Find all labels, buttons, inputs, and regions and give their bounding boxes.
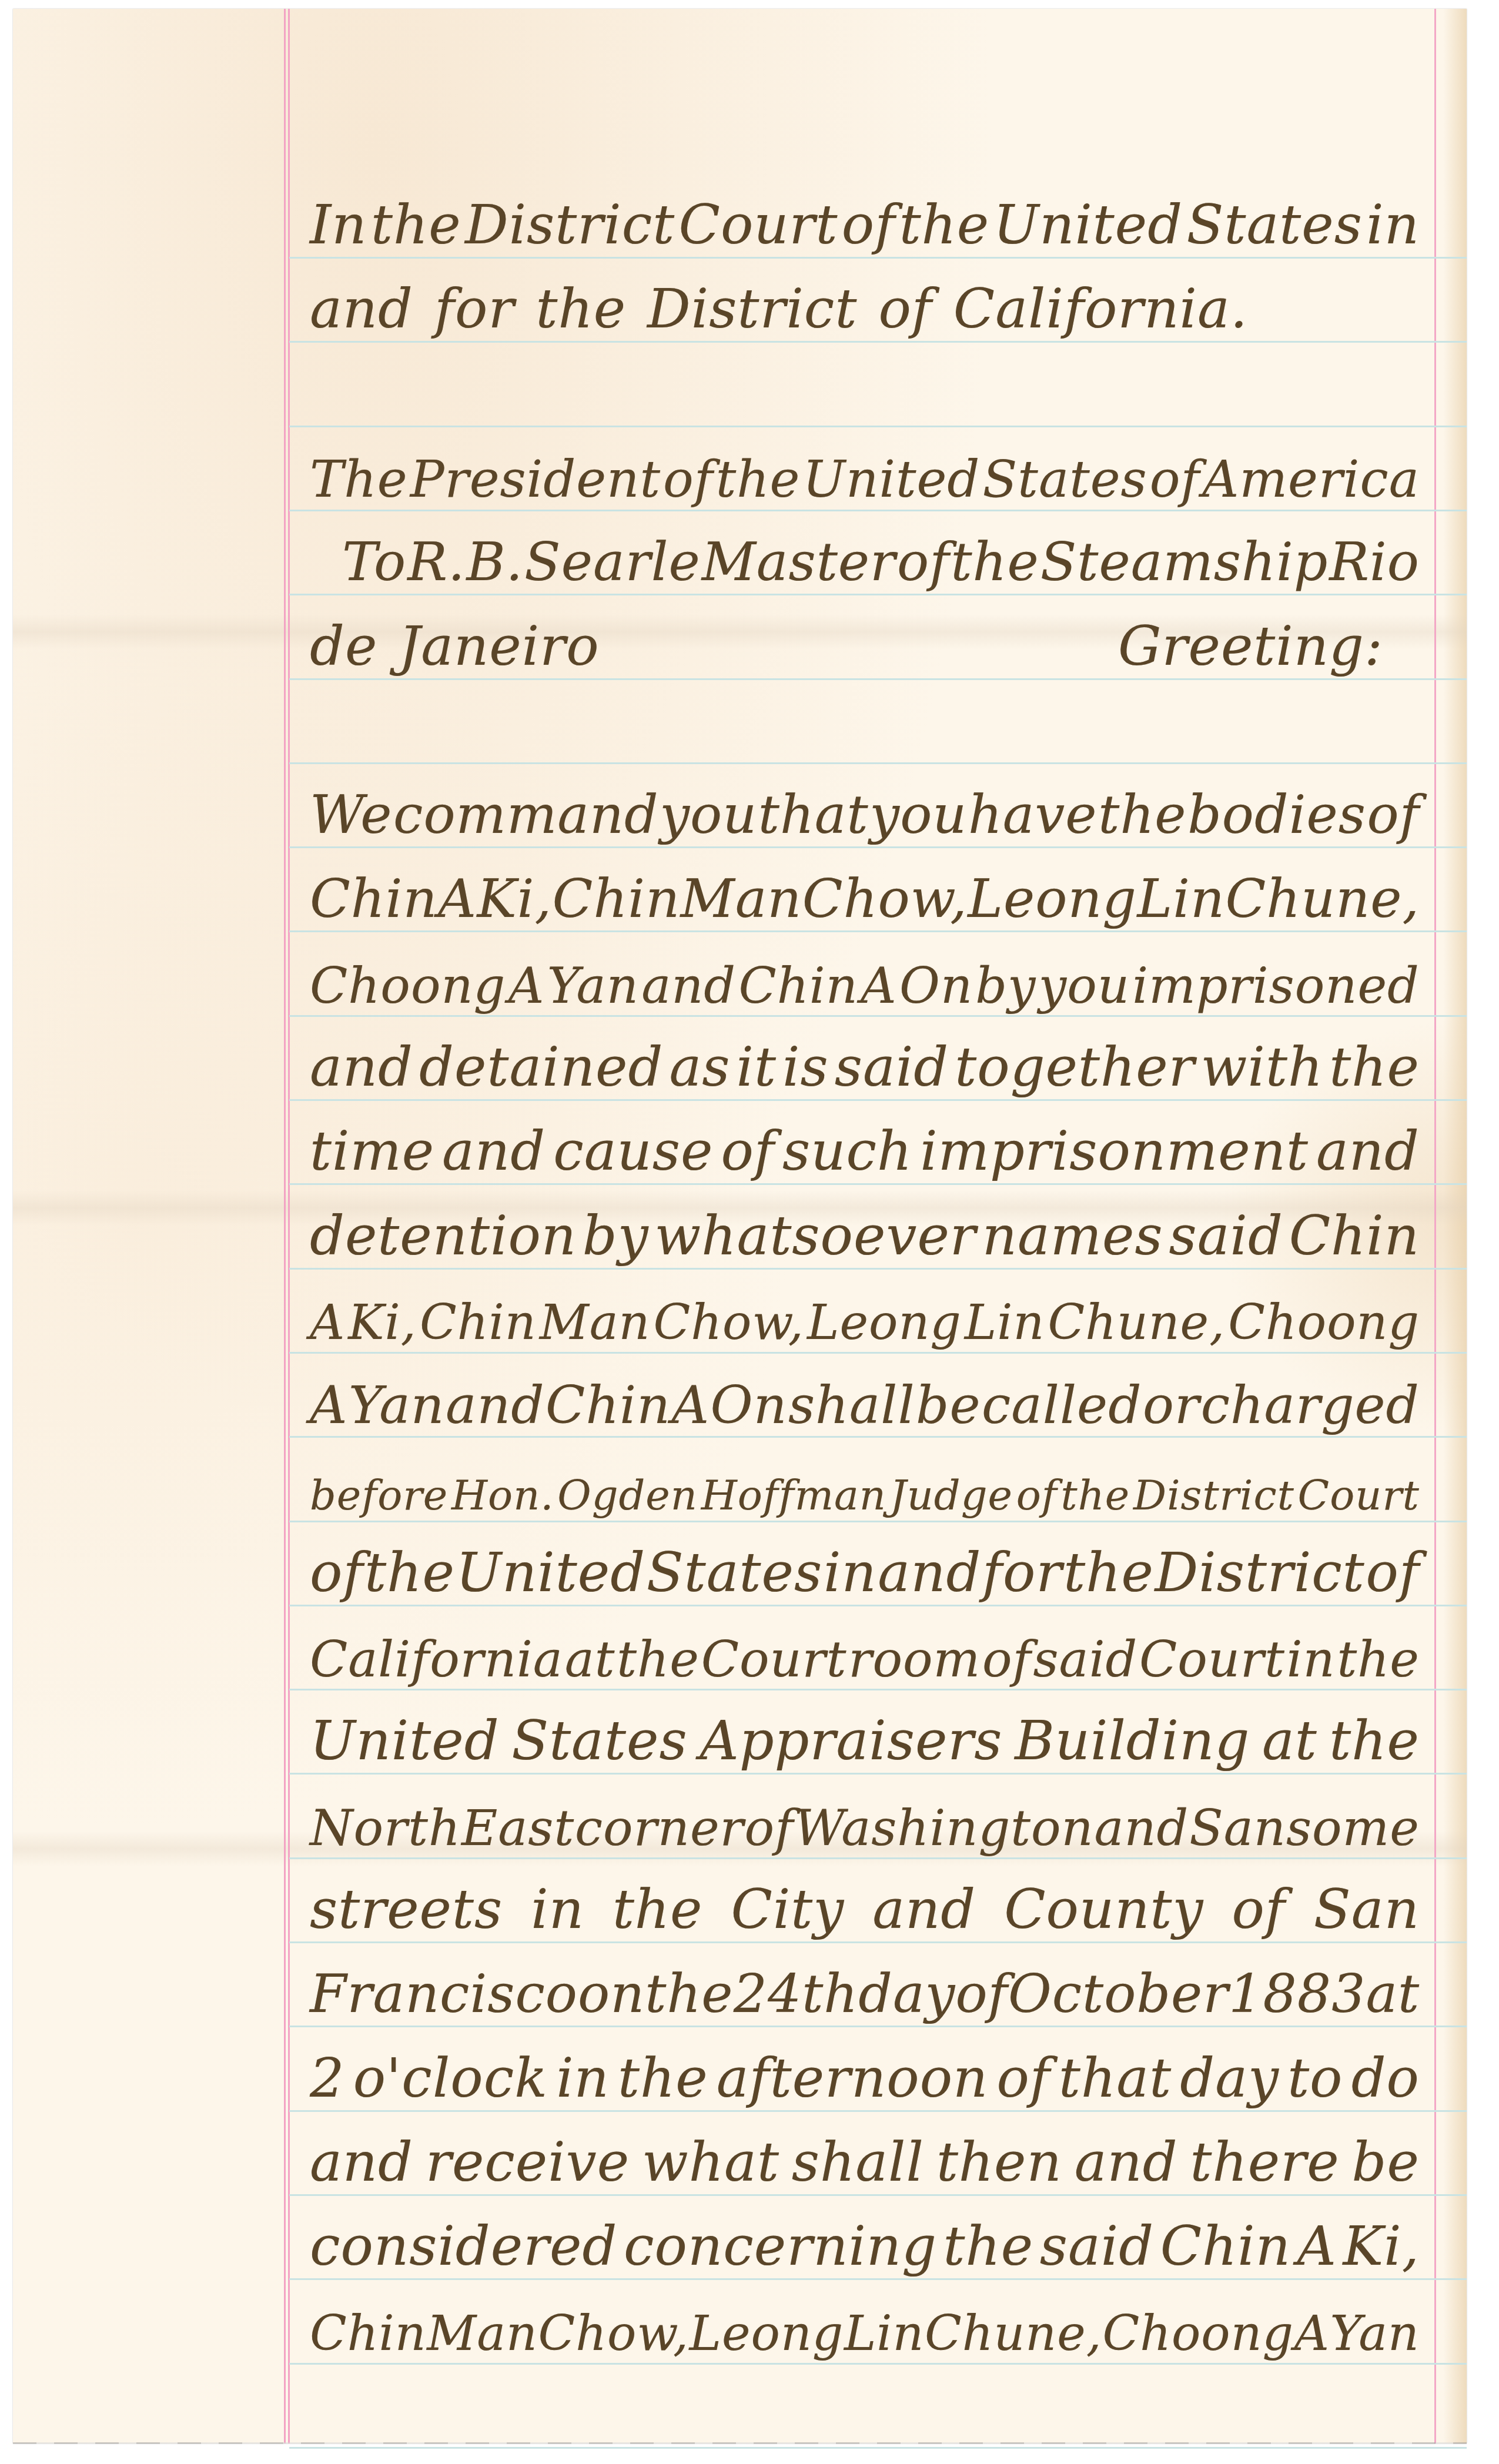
handwritten-word: names [982,1209,1163,1271]
handwritten-word: said [835,1040,949,1103]
handwritten-word: Steamship [1040,536,1329,597]
handwritten-word: A [310,1380,348,1439]
handwritten-word: bodies [1187,789,1366,850]
handwritten-word: Ki, [1343,2219,1420,2282]
body-line: ChinManChow,LeongLinChune,ChoongAYan [310,2282,1420,2366]
handwritten-word: is [782,1040,829,1103]
handwritten-word: Man [681,873,802,934]
handwritten-word: streets [310,1883,503,1945]
handwritten-word: District [1133,1475,1294,1524]
handwritten-word: Lin [965,1299,1045,1355]
handwritten-word: Hoffman [701,1475,886,1524]
handwritten-word: the [371,198,461,260]
handwritten-word: Leong [690,2310,844,2366]
handwritten-word: Chin [546,1380,671,1439]
greeting: Greeting: [1118,598,1420,682]
handwritten-word: States [647,1546,822,1608]
body-line: andreceivewhatshallthenandtherebe [310,2114,1420,2198]
handwritten-word: Yan [547,961,639,1019]
handwritten-word: the [618,2051,708,2114]
handwritten-word: Choong [310,961,506,1019]
handwritten-word: imprisonment [920,1124,1309,1187]
handwritten-word: the [943,2219,1034,2282]
handwritten-word: San [1314,1883,1420,1945]
handwritten-word: In [310,198,367,260]
handwritten-word: the [951,536,1039,597]
handwritten-word: President [410,454,661,513]
handwritten-word: you [869,789,967,850]
handwritten-word: of [955,1968,1008,2029]
handwritten-word: A [508,961,545,1019]
handwritten-word: before [310,1475,448,1524]
handwritten-word: detention [310,1209,577,1271]
handwritten-word: concerning [624,2219,937,2282]
handwritten-word: and [310,1040,413,1103]
handwritten-word: 24th [734,1968,859,2029]
handwritten-word: Ogden [557,1475,698,1524]
handwritten-word: Rio [1329,536,1420,597]
ruled-line [289,2447,1467,2449]
caption-line: andfortheDistrictofCalifornia. [310,260,1420,344]
body-line: streetsintheCityandCountyofSan [310,1861,1420,1945]
handwritten-word: day [858,1968,955,2029]
handwritten-word: it [737,1040,777,1103]
handwritten-word: Yan [349,1380,444,1439]
handwritten-word: at [1366,1968,1420,2029]
body-line: detentionbywhatsoevernamessaidChin [310,1187,1420,1271]
handwritten-word: charged [1201,1380,1420,1439]
body-line: ChinAKi,ChinManChow,LeongLinChune, [310,850,1420,934]
handwritten-word: cause [553,1124,713,1187]
handwritten-word: the [1063,1546,1154,1608]
handwritten-word: Chow, [653,1299,804,1355]
handwritten-word: the [716,454,801,513]
handwritten-word: as [669,1040,730,1103]
handwritten-word: and [442,1124,546,1187]
handwritten-word: then [936,2135,1062,2198]
handwritten-word: afternoon [717,2051,989,2114]
handwritten-word: said [1040,2219,1154,2282]
handwritten-word: in [824,1546,877,1608]
handwritten-word: de [310,620,377,682]
handwritten-word: with [1201,1040,1323,1103]
handwritten-word: East [461,1803,574,1861]
handwritten-word: such [782,1124,912,1187]
handwritten-word: Chin [553,873,681,934]
body-line: beforeHon.OgdenHoffmanJudgeoftheDistrict… [310,1440,1420,1524]
handwritten-word: R. [407,536,465,597]
handwritten-word: on [578,1968,645,2029]
handwritten-word: Chin [310,873,438,934]
handwritten-word: the [613,1883,703,1945]
caption-line: IntheDistrictCourtoftheUnitedStatesin [310,176,1420,260]
handwritten-word: shall [788,1380,915,1439]
salutation-line: ToR.B.SearleMasteroftheSteamshipRio [342,513,1420,597]
body-line: 2o'clockintheafternoonofthatdaytodo [310,2030,1420,2114]
handwritten-word: Man [427,2310,538,2366]
handwritten-word: imprisoned [1132,961,1420,1019]
handwritten-word: Chune, [1048,1299,1225,1355]
handwritten-word: Yan [1330,2310,1419,2366]
handwritten-word: Building [1015,1714,1250,1776]
handwritten-word: do [1351,2051,1420,2114]
handwritten-word: of [996,2051,1050,2114]
handwritten-word: Francisco [310,1968,578,2029]
handwritten-word: America [1202,454,1420,513]
handwritten-word: United [310,1714,500,1776]
body-line: consideredconcerningthesaidChinAKi, [310,2198,1420,2282]
handwritten-word: in [556,2051,610,2114]
handwritten-word: Chin [738,961,858,1019]
handwritten-word: Chin [1160,2219,1291,2282]
handwritten-word: United [456,1546,646,1608]
body-line: AYanandChinAOnshallbecalledorcharged [310,1355,1420,1439]
ruled-line [289,426,1467,427]
handwritten-word: the [364,1546,455,1608]
handwritten-word: North [310,1803,461,1861]
handwritten-word: of [878,282,932,344]
handwritten-word: the [1061,1475,1130,1524]
body-line: timeandcauseofsuchimprisonmentand [310,1103,1420,1187]
handwritten-word: shall [792,2135,924,2198]
left-margin-line [288,9,290,2443]
handwritten-word: that [1059,2051,1172,2114]
body-line: oftheUnitedStatesinandfortheDistrictof [310,1524,1420,1608]
handwritten-word: Leong [807,1299,962,1355]
body-line: Franciscoonthe24thdayofOctober1883at [310,1945,1420,2029]
handwritten-word: City [731,1883,845,1945]
handwritten-word: for [982,1546,1062,1608]
handwritten-word: Master [702,536,896,597]
handwritten-word: you [1039,961,1130,1019]
handwritten-word: or [1143,1380,1200,1439]
handwritten-word: there [1190,2135,1340,2198]
handwritten-word: County [1004,1883,1203,1945]
handwritten-word: said [1033,1635,1137,1692]
handwritten-word: the [1098,789,1186,850]
handwritten-word: District [647,282,857,344]
handwritten-word: in [1366,198,1420,260]
handwritten-word: On [899,961,973,1019]
salutation-line: ThePresidentoftheUnitedStatesofAmerica [310,429,1420,513]
handwritten-word: Choong [1102,2310,1294,2366]
handwritten-word: October [1008,1968,1229,2029]
handwritten-word: Ki, [477,873,552,934]
handwritten-word: California. [953,282,1248,344]
handwritten-word: Janeiro [399,620,599,682]
body-line: NorthEastcornerofWashingtonandSansome [310,1777,1420,1861]
handwritten-word: be [1352,2135,1420,2198]
handwritten-word: you [660,789,757,850]
handwritten-word: and [1094,1803,1189,1861]
handwritten-word: Lin [844,2310,925,2366]
handwritten-word: Hon. [451,1475,554,1524]
handwritten-word: Chow, [538,2310,689,2366]
handwritten-word: States [1186,198,1362,260]
handwritten-word: command [393,789,659,850]
handwritten-word: the [899,198,990,260]
handwritten-word: at [1262,1714,1317,1776]
handwritten-word: of [1367,789,1420,850]
body-line: CaliforniaattheCourtroomofsaidCourtinthe [310,1608,1420,1692]
handwritten-word: be [916,1380,981,1439]
left-margin-line [284,9,286,2443]
handwritten-word: 1883 [1229,1968,1366,2029]
handwritten-word: the [536,282,626,344]
handwritten-word: Appraisers [700,1714,1002,1776]
handwritten-word: and [1075,2135,1178,2198]
handwritten-word: of [897,536,950,597]
handwritten-word: Chune, [1225,873,1420,934]
handwritten-word: what [642,2135,779,2198]
handwritten-word: of [1150,454,1200,513]
handwritten-word: Court [701,1635,847,1692]
handwritten-word: receive [426,2135,630,2198]
handwritten-word: and [878,1546,981,1608]
handwritten-word: Greeting: [1118,620,1383,682]
handwritten-word: Chow, [802,873,968,934]
handwritten-word: Searle [524,536,701,597]
right-margin-line [1434,9,1436,2443]
handwritten-word: said [1169,1209,1283,1271]
handwritten-word: On [711,1380,788,1439]
handwritten-word: and [641,961,736,1019]
handwritten-word: We [310,789,392,850]
handwritten-word: o'clock [353,2051,548,2114]
body-line: AKi,ChinManChow,LeongLinChune,Choong [310,1271,1420,1355]
handwritten-word: considered [310,2219,617,2282]
handwritten-word: District [465,198,675,260]
handwritten-word: detained [419,1040,663,1103]
handwritten-word: United [993,198,1183,260]
handwritten-word: have [968,789,1098,850]
handwritten-word: the [1329,1040,1420,1103]
handwritten-word: A [310,1299,345,1355]
handwritten-word: and [1316,1124,1420,1187]
handwritten-word: Man [540,1299,651,1355]
handwritten-word: and [872,1883,976,1945]
handwritten-word: day [1180,2051,1279,2114]
body-line: Wecommandyouthatyouhavethebodiesof [310,766,1420,850]
handwritten-word: in [531,1883,584,1945]
handwritten-word: A [1297,2219,1337,2282]
handwritten-word: of [842,198,895,260]
ruled-line [289,762,1467,764]
handwritten-word: of [663,454,714,513]
handwritten-word: together [955,1040,1194,1103]
handwritten-word: of [721,1124,774,1187]
handwritten-word: Court [1139,1635,1285,1692]
handwritten-word: that [758,789,869,850]
handwritten-word: California [310,1635,563,1692]
handwritten-word: A [1294,2310,1330,2366]
body-line: ChoongAYanandChinAOnbyyouimprisoned [310,935,1420,1019]
handwritten-word: Ki, [348,1299,417,1355]
handwritten-word: United [803,454,981,513]
handwritten-word: to [1287,2051,1343,2114]
handwritten-word: Lin [1137,873,1225,934]
handwritten-word: 2 [310,2051,345,2114]
handwritten-word: Sansome [1189,1803,1420,1861]
body-line: anddetainedasitissaidtogetherwiththe [310,1019,1420,1103]
handwritten-word: States [982,454,1147,513]
handwritten-word: of [310,1546,363,1608]
handwritten-word: the [1337,1635,1420,1692]
handwritten-word: The [310,454,408,513]
handwritten-word: A [861,961,897,1019]
handwritten-word: in [1287,1635,1336,1692]
handwritten-word: for [434,282,514,344]
handwritten-word: the [645,1968,733,2029]
handwritten-word: of [1232,1883,1285,1945]
handwritten-word: room [848,1635,981,1692]
handwritten-word: the [1329,1714,1420,1776]
handwritten-word: called [982,1380,1142,1439]
scan-edge [13,2442,1467,2444]
handwritten-word: of [1366,1546,1420,1608]
handwritten-word: Chune, [925,2310,1102,2366]
handwritten-word: A [671,1380,710,1439]
handwritten-word: by [975,961,1036,1019]
handwritten-word: Chin [420,1299,537,1355]
handwritten-word: Washington [794,1803,1094,1861]
handwritten-word: corner [575,1803,744,1861]
handwritten-word: States [511,1714,687,1776]
handwritten-word: District [1155,1546,1365,1608]
handwritten-word: by [583,1209,649,1271]
handwritten-word: and [446,1380,544,1439]
ruled-paper-sheet: IntheDistrictCourtoftheUnitedStatesin an… [13,9,1467,2443]
handwritten-word: of [745,1803,794,1861]
handwritten-word: Court [1298,1475,1420,1524]
handwritten-word: at [565,1635,615,1692]
paper-edge-stain [1443,9,1467,2443]
handwritten-word: B. [466,536,523,597]
handwritten-word: Judge [890,1475,1013,1524]
handwritten-word: To [342,536,406,597]
handwritten-word: and [310,282,413,344]
handwritten-word: Chin [1289,1209,1420,1271]
handwritten-word: Leong [968,873,1137,934]
handwritten-word: A [438,873,477,934]
handwritten-word: time [310,1124,434,1187]
handwritten-word: of [1016,1475,1058,1524]
handwritten-word: and [310,2135,413,2198]
handwritten-word: Choong [1228,1299,1420,1355]
handwritten-word: of [982,1635,1032,1692]
handwritten-word: Chin [310,2310,427,2366]
body-line: UnitedStatesAppraisersBuildingatthe [310,1692,1420,1776]
handwritten-word: Court [679,198,838,260]
handwritten-word: whatsoever [655,1209,976,1271]
handwritten-word: the [617,1635,700,1692]
